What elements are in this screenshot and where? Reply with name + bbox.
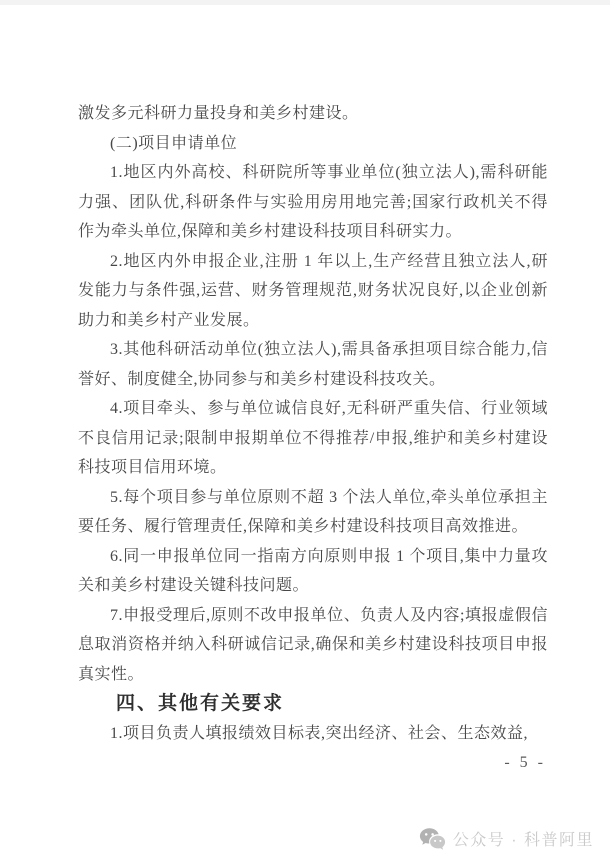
paragraph-item-4: 4.项目牵头、参与单位诚信良好,无科研严重失信、行业领域不良信用记录;限制申报期… — [78, 394, 548, 483]
scan-edge-strip — [0, 0, 610, 5]
wechat-icon — [419, 827, 446, 850]
paragraph-item-5: 5.每个项目参与单位原则不超 3 个法人单位,牵头单位承担主要任务、履行管理责任… — [78, 483, 548, 542]
page-number: - 5 - — [78, 748, 548, 778]
section-heading: 四、其他有关要求 — [78, 689, 548, 719]
paragraph-continuation: 激发多元科研力量投身和美乡村建设。 — [78, 99, 548, 129]
paragraph-item-1: 1.地区内外高校、科研院所等事业单位(独立法人),需科研能力强、团队优,科研条件… — [78, 158, 548, 247]
paragraph-other-req-1: 1.项目负责人填报绩效目标表,突出经济、社会、生态效益, — [78, 719, 548, 749]
scanned-document-page: 激发多元科研力量投身和美乡村建设。 (二)项目申请单位 1.地区内外高校、科研院… — [0, 0, 610, 865]
paragraph-item-7: 7.申报受理后,原则不改申报单位、负责人及内容;填报虚假信息取消资格并纳入科研诚… — [78, 601, 548, 690]
subsection-heading: (二)项目申请单位 — [78, 129, 548, 159]
paragraph-item-6: 6.同一申报单位同一指南方向原则申报 1 个项目,集中力量攻关和美乡村建设关键科… — [78, 542, 548, 601]
watermark-text: 公众号 · 科普阿里 — [453, 827, 594, 850]
document-body: 激发多元科研力量投身和美乡村建设。 (二)项目申请单位 1.地区内外高校、科研院… — [78, 99, 548, 778]
paragraph-item-2: 2.地区内外申报企业,注册 1 年以上,生产经营且独立法人,研发能力与条件强,运… — [78, 247, 548, 336]
paragraph-item-3: 3.其他科研活动单位(独立法人),需具备承担项目综合能力,信誉好、制度健全,协同… — [78, 335, 548, 394]
watermark: 公众号 · 科普阿里 — [419, 825, 594, 851]
